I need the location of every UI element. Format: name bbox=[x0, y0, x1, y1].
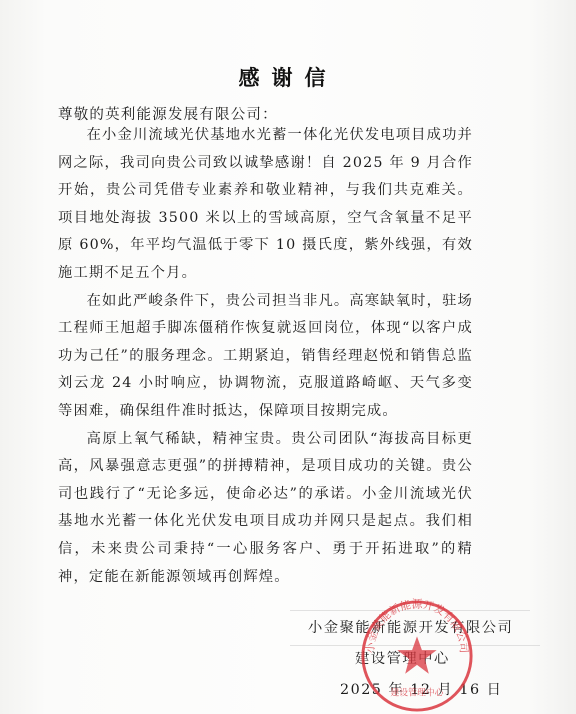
signature-company: 小金聚能新能源开发有限公司 bbox=[308, 617, 513, 637]
scan-artifact-line bbox=[290, 610, 530, 611]
scan-artifact-line bbox=[290, 645, 540, 646]
letter-body: 在小金川流域光伏基地水光蓄一体化光伏发电项目成功并网之际，我司向贵公司致以诚挚感… bbox=[58, 122, 473, 591]
paragraph-2: 在如此严峻条件下，贵公司担当非凡。高寒缺氧时，驻场工程师王旭超手脚冻僵稍作恢复就… bbox=[58, 288, 473, 426]
signature-department: 建设管理中心 bbox=[355, 648, 450, 668]
letter-title: 感谢信 bbox=[0, 62, 576, 92]
letter-page: 感谢信 尊敬的英利能源发展有限公司： 在小金川流域光伏基地水光蓄一体化光伏发电项… bbox=[0, 0, 576, 714]
signature-date: 2025 年 12 月 16 日 bbox=[340, 679, 502, 699]
paragraph-1: 在小金川流域光伏基地水光蓄一体化光伏发电项目成功并网之际，我司向贵公司致以诚挚感… bbox=[58, 122, 473, 288]
salutation: 尊敬的英利能源发展有限公司： bbox=[58, 103, 278, 124]
paragraph-3: 高原上氧气稀缺，精神宝贵。贵公司团队“海拔高目标更高，风暴强意志更强”的拼搏精神… bbox=[58, 426, 473, 592]
